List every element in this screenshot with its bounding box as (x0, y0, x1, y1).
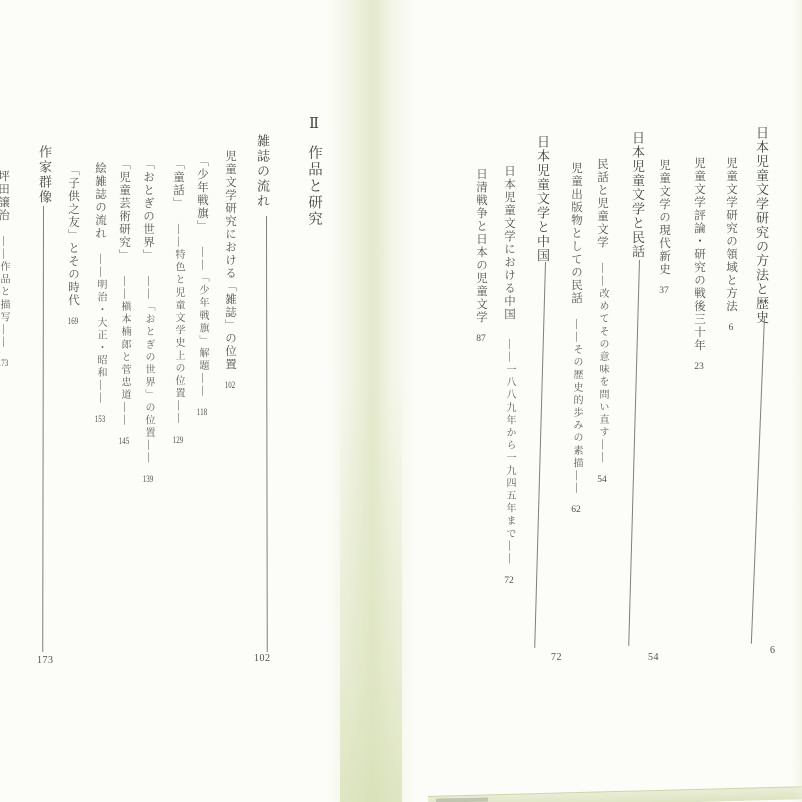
toc-heading-text: 雑誌の流れ (255, 134, 270, 209)
leader-line (266, 216, 268, 652)
toc-entry: 日本児童文学における中国――一八八九年から一九四五年まで――72 (501, 165, 517, 585)
toc-entry: 民話と児童文学――改めてその意味を問い直す――54 (594, 158, 610, 484)
toc-entry-subtitle: ――「おとぎの世界」の位置―― (143, 276, 154, 465)
leader-line (534, 262, 546, 648)
leader-line (751, 316, 765, 644)
toc-heading-text: 日本児童文学研究の方法と歴史 (754, 126, 769, 325)
page-number: 6 (770, 645, 776, 656)
page-number: 72 (551, 652, 562, 663)
toc-entry: 児童出版物としての民話――その歴史的歩みの素描――62 (568, 162, 584, 515)
toc-entry: 「子供之友」とその時代169 (65, 164, 81, 327)
page-number: 23 (694, 362, 704, 372)
page-edge-shadow (436, 797, 488, 802)
toc-entry-subtitle: ――槇本楠郎と菅忠道―― (119, 276, 130, 427)
toc-entry-text: 坪田譲治 (0, 170, 9, 222)
toc-entry-text: 絵雑誌の流れ (94, 162, 106, 240)
page-right-edge-tint (792, 0, 802, 802)
section-numeral-text: Ⅱ (306, 116, 322, 134)
page-number: 87 (476, 334, 486, 344)
page-number: 6 (726, 323, 736, 333)
page-number: 37 (659, 286, 669, 296)
page-number: 139 (143, 475, 153, 485)
section-numeral: Ⅱ (305, 116, 322, 134)
toc-entry: 児童文学の現代新史37 (656, 159, 672, 296)
toc-entry-text: 児童文学研究の領域と方法 (725, 157, 737, 313)
toc-entry-text: 日本児童文学における中国 (503, 165, 515, 321)
toc-heading-folktales: 日本児童文学と民話 (628, 131, 647, 259)
toc-entry: 児童文学研究における「雑誌」の位置102 (222, 150, 238, 391)
page-number: 72 (504, 576, 514, 586)
page-number: 153 (95, 415, 105, 425)
toc-heading-methods-history: 日本児童文学研究の方法と歴史 (752, 126, 771, 325)
toc-entry-subtitle: ――明治・大正・昭和―― (95, 254, 106, 405)
toc-entry: 「児童芸術研究」――槇本楠郎と菅忠道――145 (116, 158, 132, 447)
page-number: 54 (597, 475, 607, 485)
toc-entry: 絵雑誌の流れ――明治・大正・昭和――153 (92, 162, 108, 425)
toc-entry: 児童文学評論・研究の戦後三十年23 (691, 157, 707, 372)
toc-entry-subtitle: ――一八八九年から一九四五年まで―― (504, 339, 515, 566)
toc-entry-text: 民話と児童文学 (596, 158, 608, 249)
toc-entry-text: 児童文学の現代新史 (658, 159, 670, 276)
page-number: 173 (0, 359, 8, 369)
toc-entry-subtitle: ――「少年戦旗」解題―― (197, 247, 208, 398)
page-number: 169 (68, 317, 78, 327)
leader-line (628, 260, 640, 646)
toc-heading-china: 日本児童文学と中国 (533, 135, 552, 263)
page-number: 102 (254, 653, 271, 664)
page-number: 54 (648, 652, 659, 663)
toc-entry: 「少年戦旗」――「少年戦旗」解題――118 (194, 155, 210, 418)
toc-entry-text: 「童話」 (172, 158, 184, 210)
toc-entry-subtitle: ――作品と描写―― (0, 236, 9, 349)
toc-entry-text: 児童出版物としての民話 (570, 162, 582, 305)
section-title-text: 作品と研究 (306, 145, 322, 228)
toc-entry-text: 日清戦争と日本の児童文学 (475, 168, 487, 324)
toc-entry-subtitle: ――特色と児童文学史上の位置―― (173, 224, 184, 426)
toc-heading-text: 日本児童文学と中国 (535, 135, 550, 263)
toc-entry-subtitle: ――改めてその意味を問い直す―― (597, 263, 608, 465)
toc-heading-author-portraits: 作家群像 (35, 145, 54, 205)
toc-entry: 日清戦争と日本の児童文学87 (473, 168, 489, 344)
page-number: 102 (225, 381, 235, 391)
section-title: 作品と研究 (304, 145, 325, 228)
toc-entry-subtitle: ――その歴史的歩みの素描―― (571, 319, 582, 495)
toc-entry-text: 児童文学評論・研究の戦後三十年 (693, 157, 705, 352)
page-number: 173 (37, 655, 54, 666)
page-number: 145 (119, 437, 129, 447)
page-number: 129 (173, 436, 183, 446)
toc-entry-text: 「子供之友」とその時代 (67, 164, 79, 307)
leader-line (42, 206, 44, 652)
toc-entry-text: 児童文学研究における「雑誌」の位置 (224, 150, 236, 371)
page-number: 118 (197, 408, 207, 418)
page-gutter-shadow-lower (340, 380, 402, 802)
toc-entry-text: 「少年戦旗」 (196, 155, 208, 233)
toc-entry-text: 「おとぎの世界」 (142, 158, 154, 262)
toc-heading-magazines: 雑誌の流れ (253, 134, 272, 209)
toc-heading-text: 作家群像 (37, 145, 52, 205)
book-spread-photo: 日本児童文学研究の方法と歴史 6 児童文学研究の領域と方法6 児童文学評論・研究… (0, 0, 802, 802)
toc-entry: 「おとぎの世界」――「おとぎの世界」の位置――139 (140, 158, 156, 485)
toc-entry: 「童話」――特色と児童文学史上の位置――129 (170, 158, 186, 445)
toc-heading-text: 日本児童文学と民話 (630, 131, 645, 259)
toc-entry: 児童文学研究の領域と方法6 (723, 157, 739, 333)
toc-entry-text: 「児童芸術研究」 (118, 158, 130, 262)
toc-entry-clipped: 坪田譲治――作品と描写――173 (0, 170, 11, 369)
page-number: 62 (571, 505, 581, 515)
